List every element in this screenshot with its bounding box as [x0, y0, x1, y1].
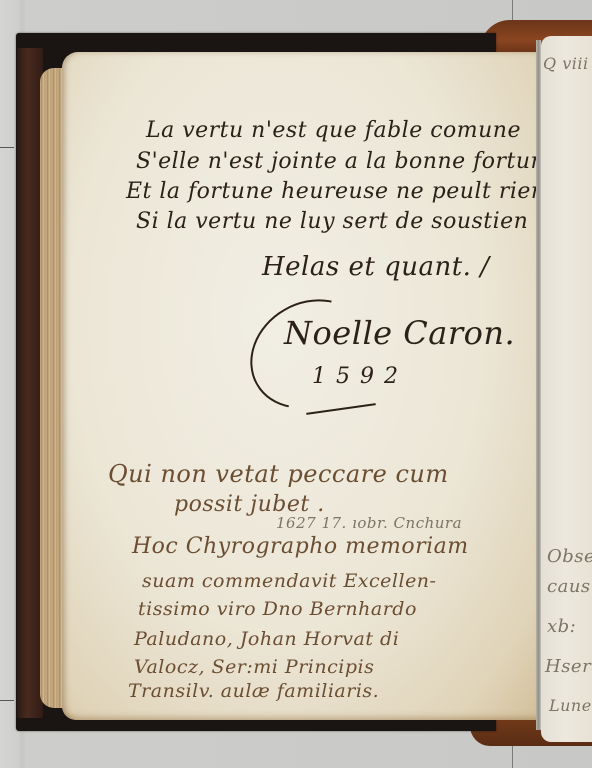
facing-page-fragment: Q viii — [543, 54, 589, 73]
facing-page-fragment: Lune — [549, 696, 592, 715]
facing-page: Q viii Obser caus xb: Hsera Lune — [541, 36, 592, 742]
date-note: 1627 17. ıobr. Cnchura — [276, 514, 462, 532]
verse-line-3: Et la fortune heureuse ne peult rien — [126, 179, 546, 204]
motto: Helas et quant. / — [262, 252, 489, 282]
verse-line-2: S'elle n'est jointe a la bonne fortune — [136, 149, 559, 174]
facing-page-fragment: xb: — [547, 616, 576, 637]
dedication-line-4: Paludano, Johan Horvat di — [134, 628, 399, 650]
dedication-line-1: Hoc Chyrographo memoriam — [132, 534, 469, 559]
facing-page-fragment: Obser — [547, 546, 592, 567]
verse-line-1: La vertu n'est que fable comune — [146, 118, 521, 143]
mount-mark — [0, 700, 14, 701]
latin-line-1: Qui non vetat peccare cum — [108, 460, 449, 488]
dedication-line-6: Transilv. aulæ familiaris. — [128, 680, 379, 702]
mount-mark — [0, 147, 14, 148]
verse-line-4: Si la vertu ne luy sert de soustien — [136, 209, 528, 234]
signature-flourish — [230, 278, 389, 430]
dedication-line-2: suam commendavit Excellen- — [142, 570, 436, 592]
dedication-line-5: Valocz, Ser:mi Principis — [134, 656, 374, 678]
facing-page-fragment: Hsera — [545, 656, 592, 677]
manuscript-page: La vertu n'est que fable comune S'elle n… — [62, 52, 540, 720]
dedication-line-3: tissimo viro Dno Bernhardo — [138, 598, 417, 620]
facing-page-fragment: caus — [547, 576, 591, 597]
